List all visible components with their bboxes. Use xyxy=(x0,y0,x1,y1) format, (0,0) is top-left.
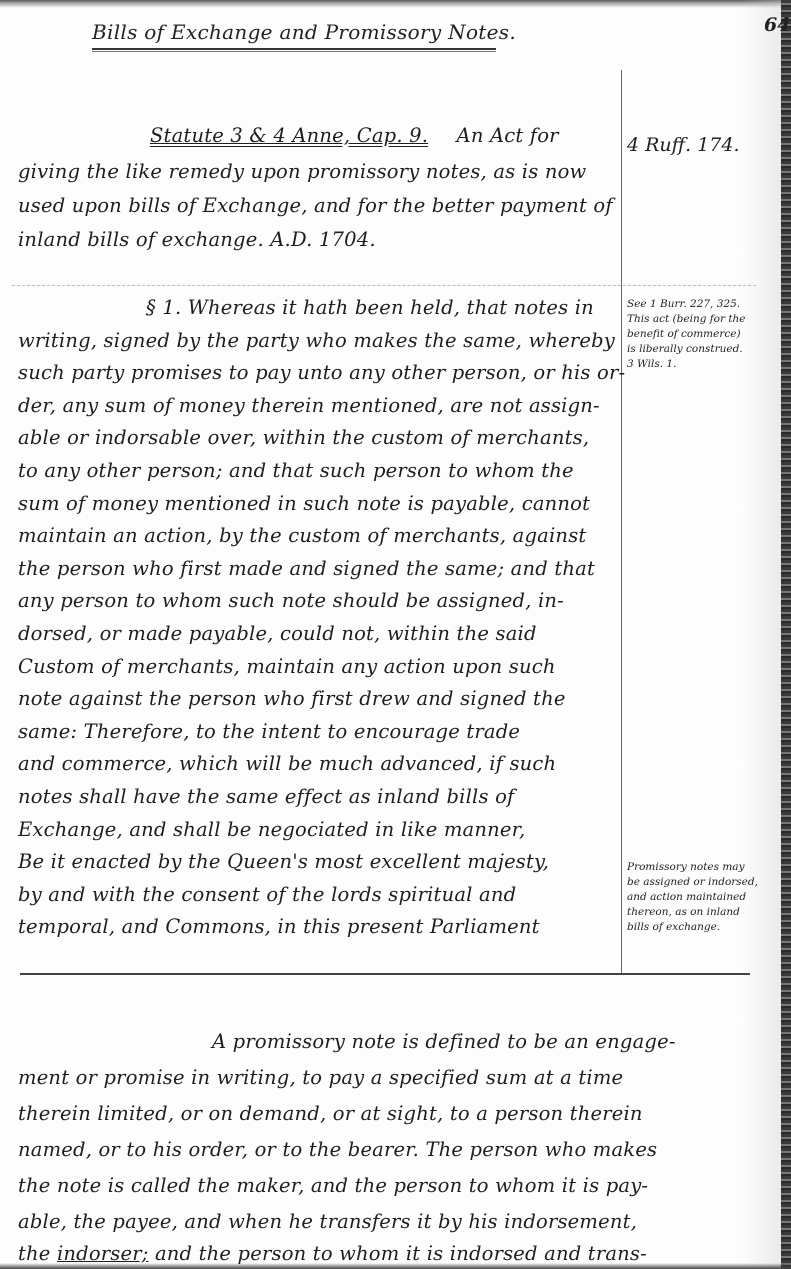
definition-line: ment or promise in writing, to pay a spe… xyxy=(18,1066,623,1089)
definition-line: therein limited, or on demand, or at sig… xyxy=(18,1102,643,1125)
section-1-line: Be it enacted by the Queen's most excell… xyxy=(18,850,549,873)
definition-line-prefix: the xyxy=(18,1242,51,1265)
section-1-line: able or indorsable over, within the cust… xyxy=(18,426,589,449)
section-1-line: to any other person; and that such perso… xyxy=(18,459,574,482)
definition-line: the note is called the maker, and the pe… xyxy=(18,1174,648,1197)
statute-line: inland bills of exchange. A.D. 1704. xyxy=(18,228,376,251)
section-1-line: sum of money mentioned in such note is p… xyxy=(18,492,590,515)
section-1-line: § 1. Whereas it hath been held, that not… xyxy=(146,296,594,319)
definition-last-line: the indorser; and the person to whom it … xyxy=(18,1242,647,1265)
margin-note-line: be assigned or indorsed, xyxy=(627,875,758,890)
section-1-line: writing, signed by the party who makes t… xyxy=(18,329,615,352)
section-1-line: notes shall have the same effect as inla… xyxy=(18,785,514,808)
definition-line: named, or to his order, or to the bearer… xyxy=(18,1138,657,1161)
margin-note-line: benefit of commerce) xyxy=(627,327,746,342)
section-1-line: such party promises to pay unto any othe… xyxy=(18,361,625,384)
margin-note-burrow: See 1 Burr. 227, 325. This act (being fo… xyxy=(627,297,746,372)
margin-note-line: is liberally construed. xyxy=(627,342,746,357)
binding-shadow xyxy=(741,0,781,1269)
book-binding-edge xyxy=(781,0,791,1269)
margin-note-citation: 4 Ruff. 174. xyxy=(627,134,740,156)
section-1-line: note against the person who first drew a… xyxy=(18,687,566,710)
margin-note-line: bills of exchange. xyxy=(627,920,758,935)
section-1-line: Custom of merchants, maintain any action… xyxy=(18,655,556,678)
section-divider-bold xyxy=(20,973,750,975)
section-1-line: der, any sum of money therein mentioned,… xyxy=(18,394,600,417)
page-title: Bills of Exchange and Promissory Notes. xyxy=(92,20,516,44)
statute-line: An Act for xyxy=(457,124,559,147)
definition-line-rest: and the person to whom it is indorsed an… xyxy=(155,1242,647,1265)
section-1-line: temporal, and Commons, in this present P… xyxy=(18,915,540,938)
title-underline xyxy=(92,48,496,52)
section-1-line: dorsed, or made payable, could not, with… xyxy=(18,622,537,645)
statute-line: used upon bills of Exchange, and for the… xyxy=(18,194,613,217)
scan-top-edge xyxy=(0,0,791,8)
margin-note-line: thereon, as on inland xyxy=(627,905,758,920)
section-1-line: any person to whom such note should be a… xyxy=(18,589,564,612)
section-divider xyxy=(12,285,756,286)
section-1-line: same: Therefore, to the intent to encour… xyxy=(18,720,520,743)
margin-rule xyxy=(621,70,622,975)
statute-heading: Statute 3 & 4 Anne, Cap. 9. xyxy=(150,124,428,147)
margin-note-line: Promissory notes may xyxy=(627,860,758,875)
section-1-line: maintain an action, by the custom of mer… xyxy=(18,524,586,547)
section-1-line: Exchange, and shall be negociated in lik… xyxy=(18,818,525,841)
section-1-line: the person who first made and signed the… xyxy=(18,557,595,580)
margin-note-line: 3 Wils. 1. xyxy=(627,357,746,372)
statute-line: giving the like remedy upon promissory n… xyxy=(18,160,586,183)
statute-heading-line: Statute 3 & 4 Anne, Cap. 9. An Act for xyxy=(150,124,559,147)
definition-line: able, the payee, and when he transfers i… xyxy=(18,1210,637,1233)
defined-term-indorser: indorser; xyxy=(57,1242,149,1265)
definition-line: A promissory note is defined to be an en… xyxy=(212,1030,676,1053)
section-1-line: by and with the consent of the lords spi… xyxy=(18,883,516,906)
margin-note-assignable: Promissory notes may be assigned or indo… xyxy=(627,860,758,935)
manuscript-page: Bills of Exchange and Promissory Notes. … xyxy=(0,0,791,1269)
section-1-line: and commerce, which will be much advance… xyxy=(18,752,556,775)
margin-note-line: See 1 Burr. 227, 325. xyxy=(627,297,746,312)
margin-note-line: and action maintained xyxy=(627,890,758,905)
margin-note-line: This act (being for the xyxy=(627,312,746,327)
page-number: 64. xyxy=(764,14,791,36)
